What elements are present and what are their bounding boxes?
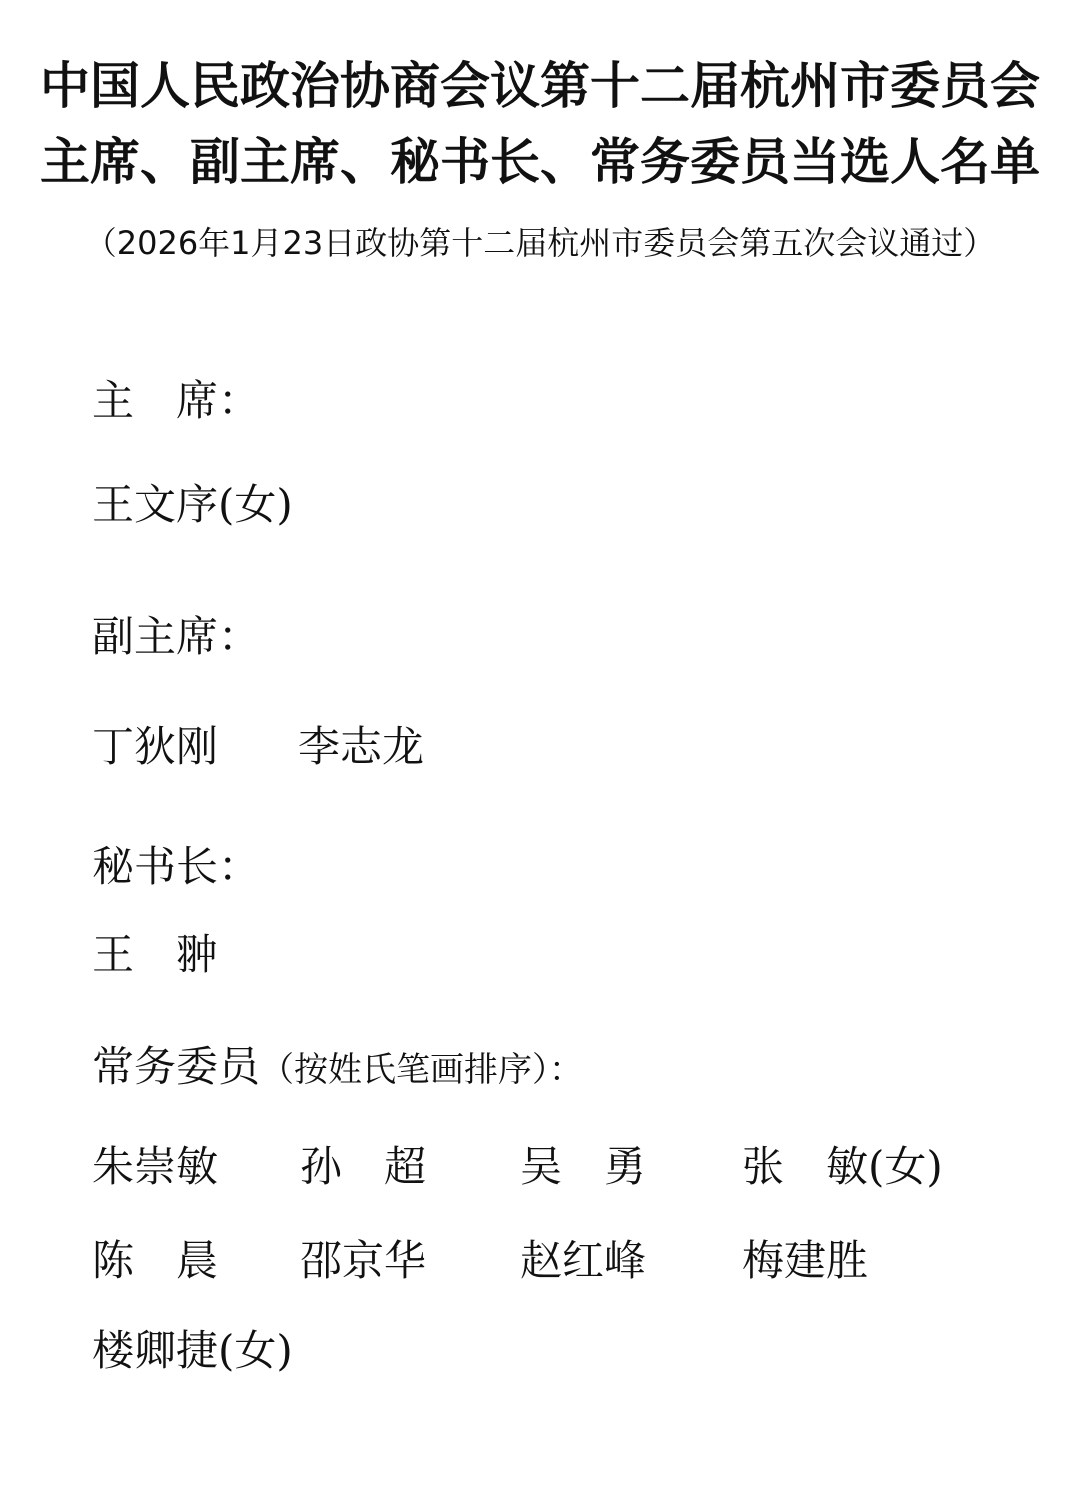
section-label-vice-chairmen: 副主席： xyxy=(92,604,260,664)
section-title: 常务委员 xyxy=(92,1042,260,1091)
person-name: 梅建胜 xyxy=(742,1228,868,1288)
section-label-secretary-general: 秘书长： xyxy=(92,834,260,894)
section-label-standing-members: 常务委员（按姓氏笔画排序）： xyxy=(92,1034,583,1094)
person-name: 楼卿捷(女) xyxy=(92,1318,293,1378)
person-name: 朱崇敏 xyxy=(92,1134,218,1194)
person-name: 王文序(女) xyxy=(92,472,293,532)
person-name: 吴 勇 xyxy=(520,1134,646,1194)
section-label-chairman: 主 席： xyxy=(92,368,260,428)
subtitle: （2026年1月23日政协第十二届杭州市委员会第五次会议通过） xyxy=(0,218,1080,264)
title-line-1: 中国人民政治协商会议第十二届杭州市委员会 xyxy=(0,46,1080,118)
person-name: 赵红峰 xyxy=(520,1228,646,1288)
person-name: 陈 晨 xyxy=(92,1228,218,1288)
person-name: 丁狄刚 xyxy=(92,714,218,774)
title-line-2: 主席、副主席、秘书长、常务委员当选人名单 xyxy=(0,122,1080,194)
person-name: 邵京华 xyxy=(300,1228,426,1288)
person-name: 孙 超 xyxy=(300,1134,426,1194)
person-name: 王 翀 xyxy=(92,922,218,982)
person-name: 李志龙 xyxy=(298,714,424,774)
person-name: 张 敏(女) xyxy=(742,1134,943,1194)
sort-note: （按姓氏笔画排序）： xyxy=(260,1050,583,1090)
